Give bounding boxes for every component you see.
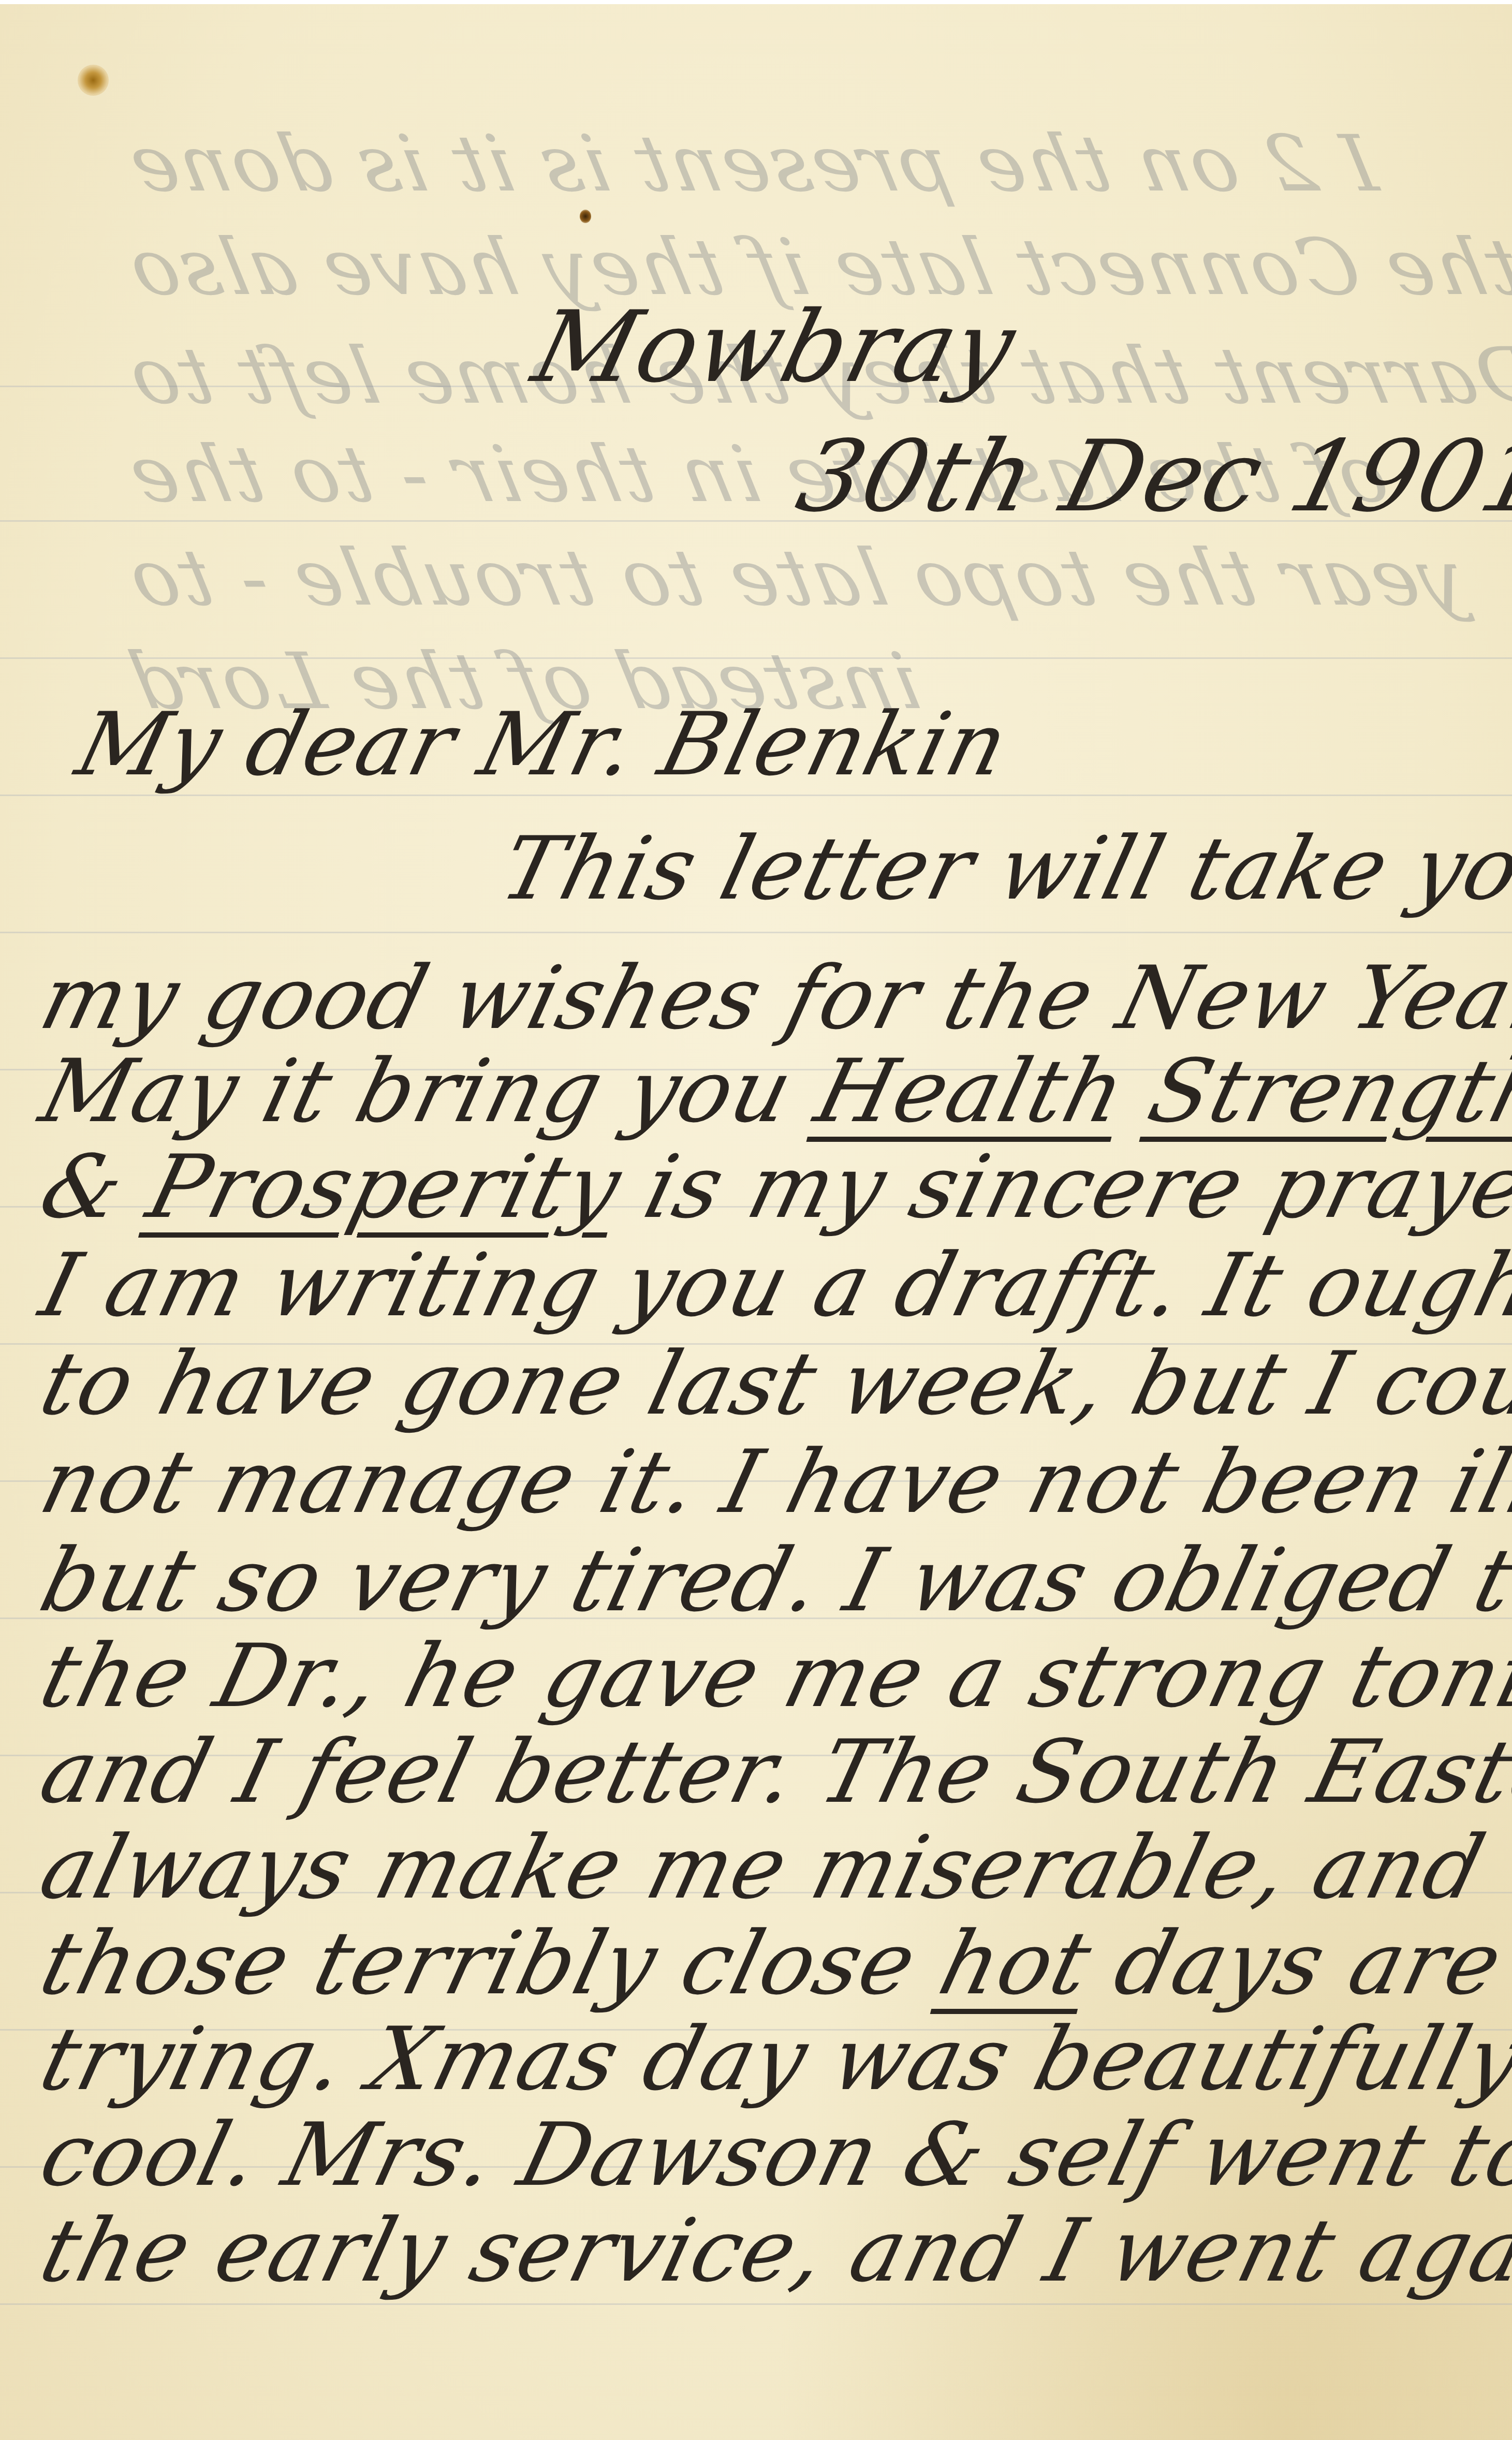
ruled-line <box>0 932 1512 933</box>
body-line: to have gone last week, but I could <box>31 1333 1512 1434</box>
body-line: always make me miserable, and <box>31 1817 1495 1918</box>
letter-salutation: My dear Mr. Blenkin <box>67 694 1018 795</box>
body-line: my good wishes for the New Year <box>31 947 1512 1049</box>
ink-spot <box>580 210 591 223</box>
paper-stain <box>78 65 109 96</box>
ruled-line <box>0 657 1512 659</box>
body-line: trying. Xmas day was beautifully <box>31 2008 1512 2110</box>
letter-page: I 2 on the present is it is done the Con… <box>0 0 1512 2440</box>
body-line: the Dr., he gave me a strong tonic <box>31 1625 1512 1727</box>
ghost-line: year the topo late to trouble - to <box>120 533 1473 623</box>
body-line: not manage it. I have not been ill <box>31 1431 1512 1533</box>
body-line: cool. Mrs. Dawson & self went to <box>31 2104 1512 2206</box>
scan-edge <box>0 0 1512 4</box>
letter-place: Mowbray <box>523 290 1027 404</box>
body-line: I am writing you a drafft. It ought <box>31 1234 1512 1336</box>
body-line: May it bring you Health Strength <box>31 1040 1512 1142</box>
body-line: & Prosperity is my sincere prayer. <box>31 1136 1512 1238</box>
body-line: those terribly close hot days are equall… <box>31 1913 1512 2014</box>
letter-date: 30th Dec 1901 <box>787 419 1512 534</box>
body-line: and I feel better. The South Easters <box>31 1721 1512 1822</box>
body-line: but so very tired. I was obliged to see <box>31 1530 1512 1631</box>
body-line: This letter will take you <box>492 818 1512 919</box>
ruled-line <box>0 2303 1512 2305</box>
body-line: the early service, and I went again <box>31 2200 1512 2301</box>
ghost-line: I 2 on the present is it is done <box>120 119 1385 209</box>
